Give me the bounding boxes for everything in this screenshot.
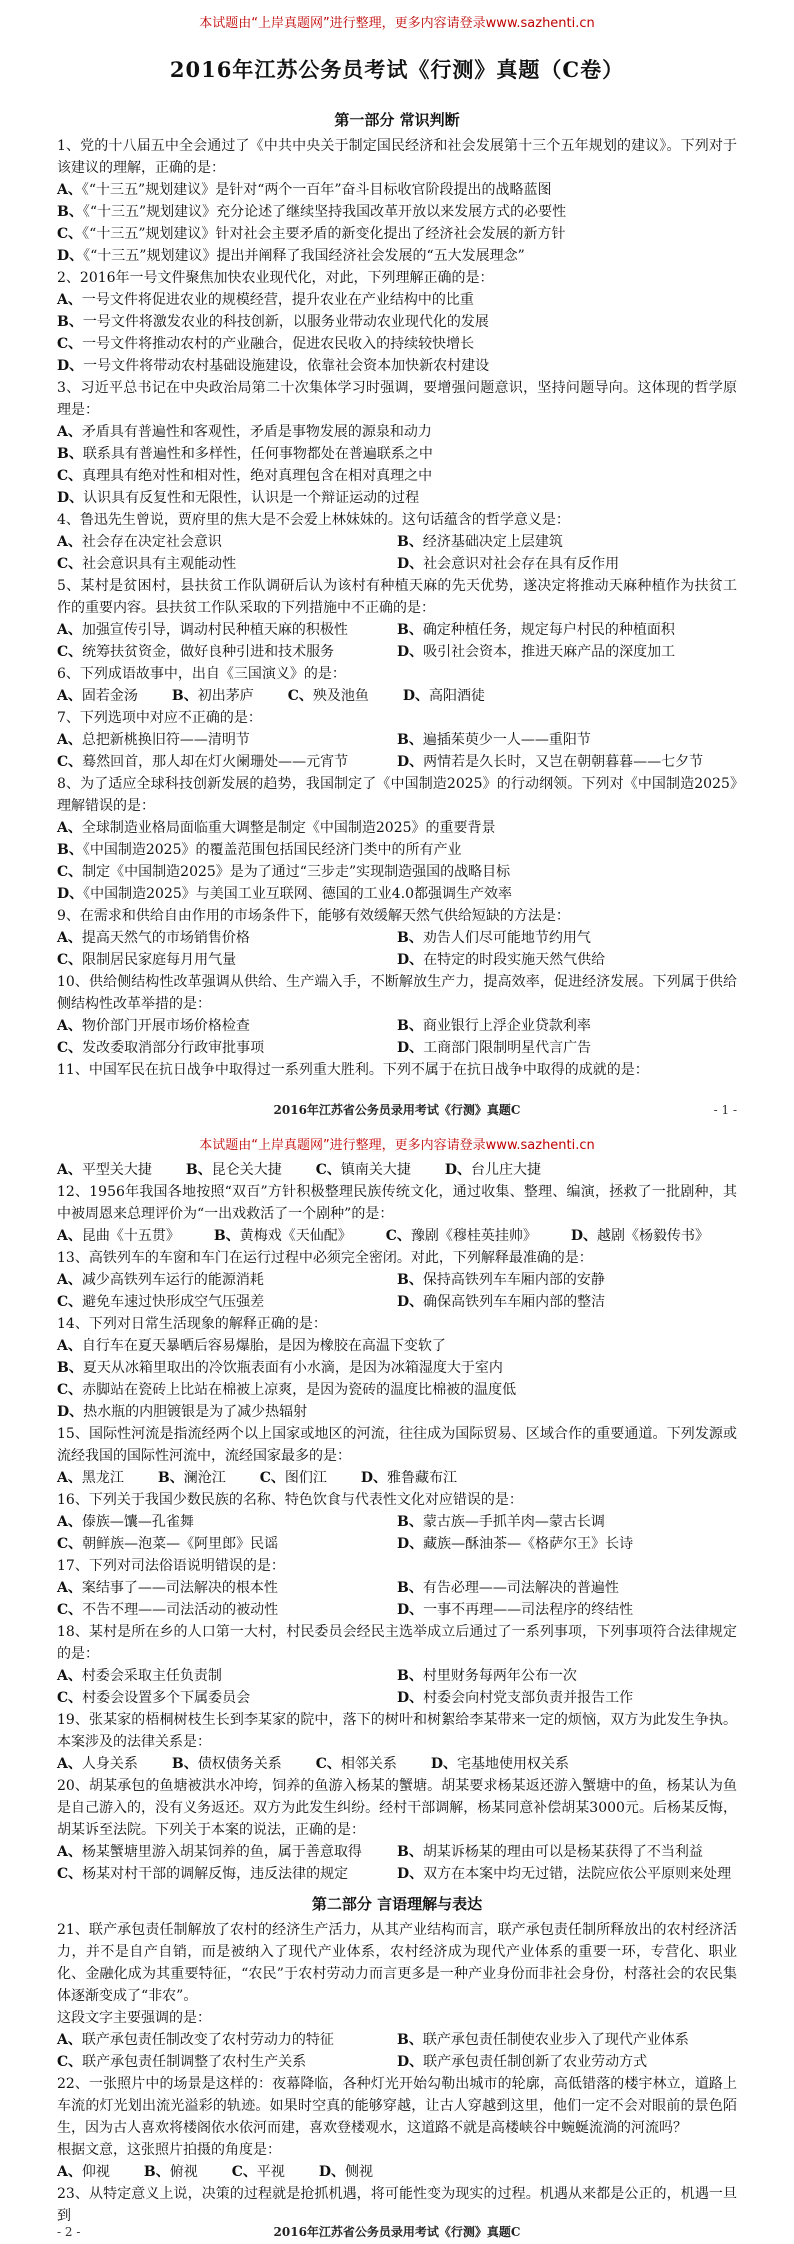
question-stem: 8、为了适应全球科技创新发展的趋势，我国制定了《中国制造2025》的行动纲领。下… <box>57 773 737 817</box>
option-b: B、遍插茱萸少一人——重阳节 <box>397 729 737 751</box>
option-label: C、 <box>57 1536 82 1552</box>
option-label: B、 <box>397 1668 423 1684</box>
option-label: C、 <box>57 226 82 242</box>
question-stem: 17、下列对司法俗语说明错误的是： <box>57 1555 737 1577</box>
option-text: 一事不再理——司法程序的终结性 <box>423 1602 633 1618</box>
option-text: 经济基础决定上层建筑 <box>423 534 563 550</box>
option-text: 仰视 <box>82 2164 110 2180</box>
option-a: A、矛盾具有普遍性和客观性，矛盾是事物发展的源泉和动力 <box>57 421 737 443</box>
option-b: B、有告必理——司法解决的普遍性 <box>397 1577 737 1599</box>
option-text: 黑龙江 <box>82 1470 124 1486</box>
option-label: A、 <box>57 688 82 704</box>
options-group: A、提高天然气的市场销售价格B、劝告人们尽可能地节约用气C、限制居民家庭每月用气… <box>57 927 737 971</box>
option-label: D、 <box>397 754 423 770</box>
option-a: A、平型关大捷 <box>57 1159 152 1181</box>
option-label: B、 <box>397 1844 423 1860</box>
option-label: B、 <box>172 688 198 704</box>
option-label: B、 <box>172 1756 198 1772</box>
options-group: A、平型关大捷B、昆仑关大捷C、镇南关大捷D、台儿庄大捷 <box>57 1159 737 1181</box>
option-d: D、社会意识对社会存在具有反作用 <box>397 553 737 575</box>
option-text: 债权债务关系 <box>198 1756 282 1772</box>
option-label: A、 <box>57 930 82 946</box>
source-note: 本试题由“上岸真题网”进行整理，更多内容请登录www.sazhenti.cn <box>0 1122 794 1155</box>
option-text: 在特定的时段实施天然气供给 <box>423 952 605 968</box>
option-label: D、 <box>431 1756 457 1772</box>
option-a: A、《“十三五”规划建议》是针对“两个一百年”奋斗目标收官阶段提出的战略蓝图 <box>57 179 737 201</box>
option-text: 《中国制造2025》与美国工业互联网、德国的工业4.0都强调生产效率 <box>83 886 512 902</box>
option-text: 商业银行上浮企业贷款利率 <box>423 1018 591 1034</box>
option-text: 平型关大捷 <box>82 1162 152 1178</box>
option-c: C、《“十三五”规划建议》针对社会主要矛盾的新变化提出了经济社会发展的新方针 <box>57 223 737 245</box>
option-label: C、 <box>57 336 82 352</box>
option-label: B、 <box>397 1018 423 1034</box>
option-text: 避免车速过快形成空气压强差 <box>82 1294 264 1310</box>
question-stem: 7、下列选项中对应不正确的是： <box>57 707 737 729</box>
option-a: A、村委会采取主任负责制 <box>57 1665 397 1687</box>
question-stem: 15、国际性河流是指流经两个以上国家或地区的河流，往往成为国际贸易、区域合作的重… <box>57 1423 737 1467</box>
option-text: 联产承包责任制创新了农业劳动方式 <box>423 2054 647 2070</box>
option-a: A、社会存在决定社会意识 <box>57 531 397 553</box>
option-c: C、赤脚站在瓷砖上比站在棉被上凉爽，是因为瓷砖的温度比棉被的温度低 <box>57 1379 737 1401</box>
option-text: 杨某对村干部的调解反悔，违反法律的规定 <box>82 1866 348 1882</box>
option-label: B、 <box>397 622 423 638</box>
option-b: B、澜沧江 <box>158 1467 226 1489</box>
option-label: A、 <box>57 292 82 308</box>
question-stem: 4、鲁迅先生曾说，贾府里的焦大是不会爱上林妹妹的。这句话蕴含的哲学意义是： <box>57 509 737 531</box>
option-text: 社会存在决定社会意识 <box>82 534 222 550</box>
question-stem: 18、某村是所在乡的人口第一大村，村民委员会经民主选举成立后通过了一系列事项，下… <box>57 1621 737 1665</box>
options-group: A、全球制造业格局面临重大调整是制定《中国制造2025》的重要背景B、《中国制造… <box>57 817 737 905</box>
option-label: B、 <box>397 534 423 550</box>
option-a: A、黑龙江 <box>57 1467 124 1489</box>
option-text: 村委会向村党支部负责并报告工作 <box>423 1690 633 1706</box>
option-text: 联系具有普遍性和多样性，任何事物都处在普遍联系之中 <box>83 446 433 462</box>
option-a: A、一号文件将促进农业的规模经营，提升农业在产业结构中的比重 <box>57 289 737 311</box>
option-label: A、 <box>57 1018 82 1034</box>
option-label: B、 <box>57 314 83 330</box>
option-text: 昆曲《十五贯》 <box>82 1228 180 1244</box>
option-d: D、藏族—酥油茶—《格萨尔王》长诗 <box>397 1533 737 1555</box>
option-label: C、 <box>57 468 82 484</box>
option-b: B、确定种植任务，规定每户村民的种植面积 <box>397 619 737 641</box>
option-label: B、 <box>57 204 83 220</box>
option-text: 黄梅戏《天仙配》 <box>240 1228 352 1244</box>
section-heading: 第二部分 言语理解与表达 <box>57 1893 737 1915</box>
option-c: C、镇南关大捷 <box>316 1159 411 1181</box>
option-text: 一号文件将推动农村的产业融合，促进农民收入的持续较快增长 <box>82 336 474 352</box>
option-label: C、 <box>57 1040 82 1056</box>
option-text: 加强宣传引导，调动村民种植天麻的积极性 <box>82 622 348 638</box>
option-text: 发改委取消部分行政审批事项 <box>82 1040 264 1056</box>
option-label: C、 <box>57 644 82 660</box>
option-label: A、 <box>57 622 82 638</box>
question-stem: 10、供给侧结构性改革强调从供给、生产端入手，不断解放生产力，提高效率，促进经济… <box>57 971 737 1015</box>
option-b: B、保持高铁列车车厢内部的安静 <box>397 1269 737 1291</box>
option-text: 吸引社会资本，推进天麻产品的深度加工 <box>423 644 675 660</box>
option-b: B、劝告人们尽可能地节约用气 <box>397 927 737 949</box>
option-label: C、 <box>57 1382 82 1398</box>
option-text: 统筹扶贫资金，做好良种引进和技术服务 <box>82 644 334 660</box>
option-label: A、 <box>57 1580 82 1596</box>
option-text: 朝鲜族—泡菜—《阿里郎》民谣 <box>82 1536 278 1552</box>
option-text: 越剧《杨毅传书》 <box>597 1228 709 1244</box>
option-d: D、工商部门限制明星代言广告 <box>397 1037 737 1059</box>
option-text: 提高天然气的市场销售价格 <box>82 930 250 946</box>
option-text: 胡某诉杨某的理由可以是杨某获得了不当利益 <box>423 1844 703 1860</box>
option-label: D、 <box>57 490 83 506</box>
option-label: B、 <box>57 446 83 462</box>
option-text: 总把新桃换旧符——清明节 <box>82 732 250 748</box>
option-c: C、朝鲜族—泡菜—《阿里郎》民谣 <box>57 1533 397 1555</box>
option-b: B、俯视 <box>144 2161 198 2183</box>
option-d: D、《中国制造2025》与美国工业互联网、德国的工业4.0都强调生产效率 <box>57 883 737 905</box>
option-a: A、提高天然气的市场销售价格 <box>57 927 397 949</box>
option-text: 矛盾具有普遍性和客观性，矛盾是事物发展的源泉和动力 <box>82 424 432 440</box>
option-d: D、认识具有反复性和无限性，认识是一个辩证运动的过程 <box>57 487 737 509</box>
question-stem: 14、下列对日常生活现象的解释正确的是： <box>57 1313 737 1335</box>
option-d: D、一事不再理——司法程序的终结性 <box>397 1599 737 1621</box>
option-b: B、夏天从冰箱里取出的冷饮瓶表面有小水滴，是因为冰箱湿度大于室内 <box>57 1357 737 1379</box>
document: 本试题由“上岸真题网”进行整理，更多内容请登录www.sazhenti.cn20… <box>0 0 794 2244</box>
option-c: C、蓦然回首，那人却在灯火阑珊处——元宵节 <box>57 751 397 773</box>
option-c: C、不告不理——司法活动的被动性 <box>57 1599 397 1621</box>
option-c: C、相邻关系 <box>316 1753 397 1775</box>
option-text: 热水瓶的内胆镀银是为了减少热辐射 <box>83 1404 307 1420</box>
question-stem: 9、在需求和供给自由作用的市场条件下，能够有效缓解天然气供给短缺的方法是： <box>57 905 737 927</box>
option-b: B、联产承包责任制使农业步入了现代产业体系 <box>397 2029 737 2051</box>
option-label: D、 <box>397 644 423 660</box>
question-stem: 16、下列关于我国少数民族的名称、特色饮食与代表性文化对应错误的是： <box>57 1489 737 1511</box>
question-stem: 6、下列成语故事中，出自《三国演义》的是： <box>57 663 737 685</box>
question-stem: 12、1956年我国各地按照“双百”方针积极整理民族传统文化，通过收集、整理、编… <box>57 1181 737 1225</box>
option-a: A、物价部门开展市场价格检查 <box>57 1015 397 1037</box>
option-b: B、胡某诉杨某的理由可以是杨某获得了不当利益 <box>397 1841 737 1863</box>
option-text: 藏族—酥油茶—《格萨尔王》长诗 <box>423 1536 633 1552</box>
page-2: 本试题由“上岸真题网”进行整理，更多内容请登录www.sazhenti.cnA、… <box>0 1122 794 2244</box>
option-label: A、 <box>57 732 82 748</box>
option-text: 真理具有绝对性和相对性，绝对真理包含在相对真理之中 <box>82 468 432 484</box>
options-group: A、矛盾具有普遍性和客观性，矛盾是事物发展的源泉和动力B、联系具有普遍性和多样性… <box>57 421 737 509</box>
options-group: A、《“十三五”规划建议》是针对“两个一百年”奋斗目标收官阶段提出的战略蓝图B、… <box>57 179 737 267</box>
option-text: 傣族—馕—孔雀舞 <box>82 1514 194 1530</box>
option-label: D、 <box>319 2164 345 2180</box>
option-text: 村委会设置多个下属委员会 <box>82 1690 250 1706</box>
option-c: C、制定《中国制造2025》是为了通过“三步走”实现制造强国的战略目标 <box>57 861 737 883</box>
option-a: A、联产承包责任制改变了农村劳动力的特征 <box>57 2029 397 2051</box>
option-text: 澜沧江 <box>184 1470 226 1486</box>
option-text: 图们江 <box>285 1470 327 1486</box>
option-label: C、 <box>288 688 313 704</box>
option-d: D、一号文件将带动农村基础设施建设，依靠社会资本加快新农村建设 <box>57 355 737 377</box>
option-text: 社会意识具有主观能动性 <box>82 556 236 572</box>
question-stem: 23、从特定意义上说，决策的过程就是抢抓机遇，将可能性变为现实的过程。机遇从来都… <box>57 2183 737 2227</box>
option-text: 俯视 <box>170 2164 198 2180</box>
option-b: B、一号文件将激发农业的科技创新，以服务业带动农业现代化的发展 <box>57 311 737 333</box>
page-2-content: A、平型关大捷B、昆仑关大捷C、镇南关大捷D、台儿庄大捷12、1956年我国各地… <box>0 1155 794 2227</box>
option-text: 自行车在夏天暴晒后容易爆胎，是因为橡胶在高温下变软了 <box>82 1338 446 1354</box>
section-heading: 第一部分 常识判断 <box>57 109 737 131</box>
option-label: C、 <box>260 1470 285 1486</box>
option-label: D、 <box>397 1040 423 1056</box>
options-group: A、仰视B、俯视C、平视D、侧视 <box>57 2161 737 2183</box>
option-b: B、蒙古族—手抓羊肉—蒙古长调 <box>397 1511 737 1533</box>
option-text: 确保高铁列车车厢内部的整洁 <box>423 1294 605 1310</box>
option-label: B、 <box>397 1580 423 1596</box>
footer-title: 2016年江苏省公务员录用考试《行测》真题C <box>57 2224 737 2240</box>
option-d: D、《“十三五”规划建议》提出并阐释了我国经济社会发展的“五大发展理念” <box>57 245 737 267</box>
option-label: D、 <box>397 1294 423 1310</box>
question-stem: 1、党的十八届五中全会通过了《中共中央关于制定国民经济和社会发展第十三个五年规划… <box>57 135 737 179</box>
option-text: 不告不理——司法活动的被动性 <box>82 1602 278 1618</box>
option-c: C、社会意识具有主观能动性 <box>57 553 397 575</box>
option-text: 制定《中国制造2025》是为了通过“三步走”实现制造强国的战略目标 <box>82 864 510 880</box>
option-label: A、 <box>57 1338 82 1354</box>
option-text: 一号文件将激发农业的科技创新，以服务业带动农业现代化的发展 <box>83 314 489 330</box>
options-group: A、自行车在夏天暴晒后容易爆胎，是因为橡胶在高温下变软了B、夏天从冰箱里取出的冷… <box>57 1335 737 1423</box>
option-a: A、杨某蟹塘里游入胡某饲养的鱼，属于善意取得 <box>57 1841 397 1863</box>
option-d: D、高阳酒徒 <box>403 685 485 707</box>
question-stem: 19、张某家的梧桐树枝生长到李某家的院中，落下的树叶和树絮给李某带来一定的烦恼，… <box>57 1709 737 1753</box>
option-label: B、 <box>144 2164 170 2180</box>
option-label: A、 <box>57 424 82 440</box>
option-b: B、初出茅庐 <box>172 685 254 707</box>
question-stem: 5、某村是贫困村，县扶贫工作队调研后认为该村有种植天麻的先天优势，遂决定将推动天… <box>57 575 737 619</box>
option-d: D、宅基地使用权关系 <box>431 1753 569 1775</box>
option-label: B、 <box>397 732 423 748</box>
option-c: C、图们江 <box>260 1467 327 1489</box>
option-text: 夏天从冰箱里取出的冷饮瓶表面有小水滴，是因为冰箱湿度大于室内 <box>83 1360 503 1376</box>
option-d: D、村委会向村党支部负责并报告工作 <box>397 1687 737 1709</box>
options-group: A、杨某蟹塘里游入胡某饲养的鱼，属于善意取得B、胡某诉杨某的理由可以是杨某获得了… <box>57 1841 737 1885</box>
options-group: A、减少高铁列车运行的能源消耗B、保持高铁列车车厢内部的安静C、避免车速过快形成… <box>57 1269 737 1313</box>
option-text: 物价部门开展市场价格检查 <box>82 1018 250 1034</box>
option-c: C、豫剧《穆桂英挂帅》 <box>386 1225 537 1247</box>
option-label: A、 <box>57 2032 82 2048</box>
option-label: A、 <box>57 534 82 550</box>
option-label: B、 <box>397 2032 423 2048</box>
option-d: D、雅鲁藏布江 <box>361 1467 457 1489</box>
question-stem: 3、习近平总书记在中央政治局第二十次集体学习时强调，要增强问题意识，坚持问题导向… <box>57 377 737 421</box>
option-c: C、真理具有绝对性和相对性，绝对真理包含在相对真理之中 <box>57 465 737 487</box>
option-a: A、人身关系 <box>57 1753 138 1775</box>
option-label: D、 <box>57 1404 83 1420</box>
option-label: C、 <box>232 2164 257 2180</box>
option-b: B、昆仑关大捷 <box>186 1159 282 1181</box>
option-c: C、避免车速过快形成空气压强差 <box>57 1291 397 1313</box>
option-d: D、联产承包责任制创新了农业劳动方式 <box>397 2051 737 2073</box>
option-a: A、减少高铁列车运行的能源消耗 <box>57 1269 397 1291</box>
page-number: - 2 - <box>57 2224 80 2240</box>
options-group: A、黑龙江B、澜沧江C、图们江D、雅鲁藏布江 <box>57 1467 737 1489</box>
options-group: A、社会存在决定社会意识B、经济基础决定上层建筑C、社会意识具有主观能动性D、社… <box>57 531 737 575</box>
option-d: D、侧视 <box>319 2161 373 2183</box>
option-text: 初出茅庐 <box>198 688 254 704</box>
option-label: D、 <box>57 248 83 264</box>
option-b: B、债权债务关系 <box>172 1753 282 1775</box>
option-text: 宅基地使用权关系 <box>457 1756 569 1772</box>
option-d: D、确保高铁列车车厢内部的整洁 <box>397 1291 737 1313</box>
option-text: 蓦然回首，那人却在灯火阑珊处——元宵节 <box>82 754 348 770</box>
option-c: C、联产承包责任制调整了农村生产关系 <box>57 2051 397 2073</box>
option-text: 减少高铁列车运行的能源消耗 <box>82 1272 264 1288</box>
option-text: 《“十三五”规划建议》是针对“两个一百年”奋斗目标收官阶段提出的战略蓝图 <box>82 182 552 198</box>
option-text: 侧视 <box>345 2164 373 2180</box>
question-stem: 20、胡某承包的鱼塘被洪水冲垮，饲养的鱼游入杨某的蟹塘。胡某要求杨某返还游入蟹塘… <box>57 1775 737 1841</box>
page-1-content: 2016年江苏公务员考试《行测》真题（C卷）第一部分 常识判断1、党的十八届五中… <box>0 33 794 1081</box>
option-label: C、 <box>57 1866 82 1882</box>
option-text: 联产承包责任制调整了农村生产关系 <box>82 2054 306 2070</box>
option-label: A、 <box>57 820 82 836</box>
option-label: D、 <box>57 358 83 374</box>
option-label: B、 <box>186 1162 212 1178</box>
option-text: 联产承包责任制改变了农村劳动力的特征 <box>82 2032 334 2048</box>
question-stem: 21、联产承包责任制解放了农村的经济生产活力，从其产业结构而言，联产承包责任制所… <box>57 1919 737 2007</box>
option-text: 有告必理——司法解决的普遍性 <box>423 1580 619 1596</box>
option-label: A、 <box>57 1756 82 1772</box>
option-label: D、 <box>397 1602 423 1618</box>
option-label: C、 <box>57 556 82 572</box>
option-text: 工商部门限制明星代言广告 <box>423 1040 591 1056</box>
option-c: C、统筹扶贫资金，做好良种引进和技术服务 <box>57 641 397 663</box>
option-d: D、越剧《杨毅传书》 <box>571 1225 709 1247</box>
option-text: 一号文件将促进农业的规模经营，提升农业在产业结构中的比重 <box>82 292 474 308</box>
question-stem: 2、2016年一号文件聚焦加快农业现代化，对此，下列理解正确的是： <box>57 267 737 289</box>
option-label: A、 <box>57 1844 82 1860</box>
option-c: C、杨某对村干部的调解反悔，违反法律的规定 <box>57 1863 397 1885</box>
question-stem: 22、一张照片中的场景是这样的：夜幕降临，各种灯光开始勾勒出城市的轮廓，高低错落… <box>57 2073 737 2139</box>
option-label: C、 <box>316 1756 341 1772</box>
option-text: 平视 <box>257 2164 285 2180</box>
footer-title: 2016年江苏省公务员录用考试《行测》真题C <box>57 1102 737 1118</box>
option-a: A、固若金汤 <box>57 685 138 707</box>
option-text: 《中国制造2025》的覆盖范围包括国民经济门类中的所有产业 <box>83 842 462 858</box>
option-text: 《“十三五”规划建议》针对社会主要矛盾的新变化提出了经济社会发展的新方针 <box>82 226 565 242</box>
option-text: 两情若是久长时，又岂在朝朝暮暮——七夕节 <box>423 754 703 770</box>
option-c: C、殃及池鱼 <box>288 685 369 707</box>
option-text: 殃及池鱼 <box>313 688 369 704</box>
option-text: 《“十三五”规划建议》充分论述了继续坚持我国改革开放以来发展方式的必要性 <box>83 204 566 220</box>
options-group: A、固若金汤B、初出茅庐C、殃及池鱼D、高阳酒徒 <box>57 685 737 707</box>
option-label: B、 <box>397 1514 423 1530</box>
option-label: C、 <box>57 1602 82 1618</box>
option-label: C、 <box>57 952 82 968</box>
page-number: - 1 - <box>714 1102 737 1118</box>
option-label: D、 <box>397 1866 423 1882</box>
option-label: C、 <box>57 754 82 770</box>
option-a: A、自行车在夏天暴晒后容易爆胎，是因为橡胶在高温下变软了 <box>57 1335 737 1357</box>
option-text: 双方在本案中均无过错，法院应依公平原则来处理 <box>423 1866 731 1882</box>
option-text: 赤脚站在瓷砖上比站在棉被上凉爽，是因为瓷砖的温度比棉被的温度低 <box>82 1382 516 1398</box>
option-a: A、仰视 <box>57 2161 110 2183</box>
option-label: B、 <box>57 1360 83 1376</box>
option-label: C、 <box>57 1294 82 1310</box>
option-b: B、《“十三五”规划建议》充分论述了继续坚持我国改革开放以来发展方式的必要性 <box>57 201 737 223</box>
option-c: C、一号文件将推动农村的产业融合，促进农民收入的持续较快增长 <box>57 333 737 355</box>
exam-title: 2016年江苏公务员考试《行测》真题（C卷） <box>57 55 737 85</box>
option-d: D、在特定的时段实施天然气供给 <box>397 949 737 971</box>
option-label: A、 <box>57 2164 82 2180</box>
option-label: C、 <box>57 864 82 880</box>
option-text: 社会意识对社会存在具有反作用 <box>423 556 619 572</box>
page-1: 本试题由“上岸真题网”进行整理，更多内容请登录www.sazhenti.cn20… <box>0 0 794 1122</box>
option-label: C、 <box>316 1162 341 1178</box>
option-text: 人身关系 <box>82 1756 138 1772</box>
option-label: A、 <box>57 1162 82 1178</box>
option-text: 村里财务每两年公布一次 <box>423 1668 577 1684</box>
option-c: C、村委会设置多个下属委员会 <box>57 1687 397 1709</box>
option-label: B、 <box>158 1470 184 1486</box>
option-a: A、傣族—馕—孔雀舞 <box>57 1511 397 1533</box>
option-b: B、村里财务每两年公布一次 <box>397 1665 737 1687</box>
option-text: 遍插茱萸少一人——重阳节 <box>423 732 591 748</box>
source-note: 本试题由“上岸真题网”进行整理，更多内容请登录www.sazhenti.cn <box>0 0 794 33</box>
option-text: 相邻关系 <box>341 1756 397 1772</box>
option-label: D、 <box>397 556 423 572</box>
option-label: D、 <box>571 1228 597 1244</box>
option-text: 台儿庄大捷 <box>471 1162 541 1178</box>
option-b: B、联系具有普遍性和多样性，任何事物都处在普遍联系之中 <box>57 443 737 465</box>
option-a: A、昆曲《十五贯》 <box>57 1225 180 1247</box>
option-b: B、商业银行上浮企业贷款利率 <box>397 1015 737 1037</box>
option-text: 全球制造业格局面临重大调整是制定《中国制造2025》的重要背景 <box>82 820 496 836</box>
option-c: C、发改委取消部分行政审批事项 <box>57 1037 397 1059</box>
option-text: 确定种植任务，规定每户村民的种植面积 <box>423 622 675 638</box>
option-b: B、《中国制造2025》的覆盖范围包括国民经济门类中的所有产业 <box>57 839 737 861</box>
option-text: 保持高铁列车车厢内部的安静 <box>423 1272 605 1288</box>
options-group: A、傣族—馕—孔雀舞B、蒙古族—手抓羊肉—蒙古长调C、朝鲜族—泡菜—《阿里郎》民… <box>57 1511 737 1555</box>
option-label: C、 <box>57 2054 82 2070</box>
option-label: D、 <box>397 952 423 968</box>
option-text: 蒙古族—手抓羊肉—蒙古长调 <box>423 1514 605 1530</box>
option-text: 认识具有反复性和无限性，认识是一个辩证运动的过程 <box>83 490 419 506</box>
options-group: A、案结事了——司法解决的根本性B、有告必理——司法解决的普遍性C、不告不理——… <box>57 1577 737 1621</box>
option-text: 豫剧《穆桂英挂帅》 <box>411 1228 537 1244</box>
option-a: A、全球制造业格局面临重大调整是制定《中国制造2025》的重要背景 <box>57 817 737 839</box>
option-label: A、 <box>57 1514 82 1530</box>
option-label: A、 <box>57 1272 82 1288</box>
question-stem: 11、中国军民在抗日战争中取得过一系列重大胜利。下列不属于在抗日战争中取得的成就… <box>57 1059 737 1081</box>
option-text: 《“十三五”规划建议》提出并阐释了我国经济社会发展的“五大发展理念” <box>83 248 525 264</box>
options-group: A、一号文件将促进农业的规模经营，提升农业在产业结构中的比重B、一号文件将激发农… <box>57 289 737 377</box>
question-stem: 根据文意，这张照片拍摄的角度是： <box>57 2139 737 2161</box>
question-stem: 这段文字主要强调的是： <box>57 2007 737 2029</box>
option-d: D、吸引社会资本，推进天麻产品的深度加工 <box>397 641 737 663</box>
options-group: A、物价部门开展市场价格检查B、商业银行上浮企业贷款利率C、发改委取消部分行政审… <box>57 1015 737 1059</box>
option-label: A、 <box>57 182 82 198</box>
option-text: 杨某蟹塘里游入胡某饲养的鱼，属于善意取得 <box>82 1844 362 1860</box>
options-group: A、村委会采取主任负责制B、村里财务每两年公布一次C、村委会设置多个下属委员会D… <box>57 1665 737 1709</box>
option-label: D、 <box>397 2054 423 2070</box>
option-text: 案结事了——司法解决的根本性 <box>82 1580 278 1596</box>
option-label: A、 <box>57 1470 82 1486</box>
option-label: D、 <box>397 1690 423 1706</box>
option-label: A、 <box>57 1668 82 1684</box>
option-label: B、 <box>397 930 423 946</box>
option-text: 高阳酒徒 <box>429 688 485 704</box>
option-c: C、平视 <box>232 2161 285 2183</box>
option-text: 昆仑关大捷 <box>212 1162 282 1178</box>
option-a: A、加强宣传引导，调动村民种植天麻的积极性 <box>57 619 397 641</box>
option-label: C、 <box>57 1690 82 1706</box>
option-d: D、热水瓶的内胆镀银是为了减少热辐射 <box>57 1401 737 1423</box>
option-b: B、经济基础决定上层建筑 <box>397 531 737 553</box>
option-text: 镇南关大捷 <box>341 1162 411 1178</box>
option-b: B、黄梅戏《天仙配》 <box>214 1225 352 1247</box>
question-stem: 13、高铁列车的车窗和车门在运行过程中必须完全密闭。对此，下列解释最准确的是： <box>57 1247 737 1269</box>
option-label: D、 <box>397 1536 423 1552</box>
option-label: C、 <box>386 1228 411 1244</box>
option-label: B、 <box>214 1228 240 1244</box>
